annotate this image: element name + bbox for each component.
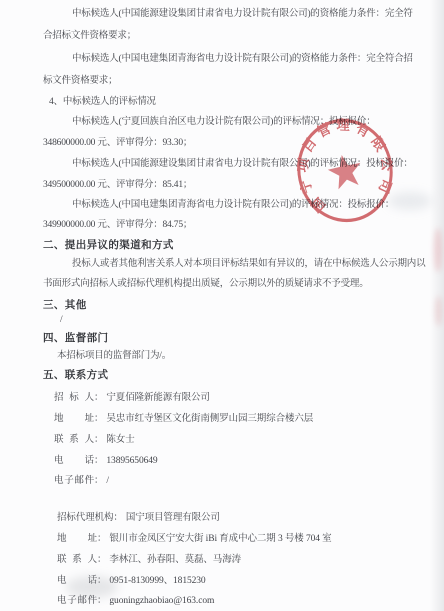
para-evaluation-1-line-2: 348600000.00 元、评审得分：93.30； bbox=[43, 137, 192, 149]
tenderer-address-value: 吴忠市红寺堡区文化街南侧罗山园三期综合楼六层 bbox=[103, 414, 313, 424]
para-evaluation-3-line-1: 中标候选人(中国电建集团青海省电力设计院有限公司)的评标情况：投标报价： bbox=[72, 199, 394, 211]
tenderer-phone-label: 电话 bbox=[54, 452, 94, 466]
agency-name-value: 国宁项目管理有限公司 bbox=[123, 513, 220, 523]
para-qualification-1-line-1: 中标候选人(中国能源建设集团甘肃省电力设计院有限公司)的资格能力条件：完全符 bbox=[72, 8, 413, 20]
colon: ： bbox=[113, 513, 122, 523]
para-qualification-2-line-1: 中标候选人(中国电建集团青海省电力设计院有限公司)的资格能力条件：完全符合招 bbox=[72, 53, 413, 65]
agency-phone-label: 电话 bbox=[57, 572, 97, 586]
agency-address-value: 银川市金凤区宁安大街 iBi 育成中心二期 3 号楼 704 室 bbox=[106, 534, 331, 544]
para-objection-line-1: 投标人或者其他利害关系人对本项目评标结果如有异议的，请在中标候选人公示期内以 bbox=[72, 258, 425, 270]
ink-bleed-smudge bbox=[435, 296, 442, 326]
seal-ring bbox=[290, 112, 401, 229]
item4-subheading: 4、中标候选人的评标情况 bbox=[49, 96, 156, 108]
agency-row-address: 地址：银川市金凤区宁安大街 iBi 育成中心二期 3 号楼 704 室 bbox=[57, 530, 332, 544]
colon: ： bbox=[97, 534, 106, 544]
para-qualification-2-line-2: 标文件资格要求； bbox=[43, 75, 117, 87]
section-heading-supervision: 四、监督部门 bbox=[43, 330, 108, 345]
para-evaluation-2-line-1: 中标候选人(中国能源建设集团甘肃省电力设计院有限公司)的评标情况：投标报价： bbox=[72, 158, 413, 170]
para-qualification-1-line-2: 合招标文件资格要求； bbox=[43, 30, 136, 42]
agency-email-label: 电子邮件 bbox=[57, 592, 97, 606]
agency-phone-value: 0951-8130999、1815230 bbox=[106, 576, 205, 586]
colon: ： bbox=[94, 414, 103, 424]
tenderer-name-value: 宁夏佰隆新能源有限公司 bbox=[103, 393, 209, 403]
scan-edge-shadow bbox=[430, 0, 444, 611]
tenderer-row-email: 电子邮件：/ bbox=[54, 472, 109, 486]
para-other-content: / bbox=[60, 314, 62, 326]
tenderer-address-label: 地址 bbox=[54, 410, 94, 424]
agency-person-label: 联系人 bbox=[57, 551, 97, 565]
agency-row-email: 电子邮件：guoningzhaobiao@163.com bbox=[57, 592, 214, 606]
scan-smudge bbox=[388, 192, 432, 210]
tenderer-row-contact-person: 联系人：陈女士 bbox=[54, 431, 135, 445]
para-supervision-content: 本招标项目的监督部门为/。 bbox=[57, 350, 171, 362]
agency-name-label: 招标代理机构 bbox=[57, 509, 113, 523]
para-objection-line-2: 书面形式向招标人或招标代理机构提出质疑，公示期以外的质疑请求不予受理。 bbox=[43, 278, 369, 290]
tenderer-row-address: 地址：吴忠市红寺堡区文化街南侧罗山园三期综合楼六层 bbox=[54, 410, 313, 424]
section-heading-other: 三、其他 bbox=[43, 297, 87, 312]
tenderer-row-phone: 电话：13895650649 bbox=[54, 452, 158, 466]
agency-row-name: 招标代理机构：国宁项目管理有限公司 bbox=[57, 509, 220, 523]
colon: ： bbox=[94, 435, 103, 445]
tenderer-person-label: 联系人 bbox=[54, 431, 94, 445]
colon: ： bbox=[94, 476, 103, 486]
section-heading-contact: 五、联系方式 bbox=[43, 367, 108, 382]
agency-row-contact-person: 联系人：李林江、孙春阳、莫磊、马海涛 bbox=[57, 551, 241, 565]
tenderer-row-name: 招标人：宁夏佰隆新能源有限公司 bbox=[54, 389, 210, 403]
agency-person-value: 李林江、孙春阳、莫磊、马海涛 bbox=[106, 555, 241, 565]
ink-bleed-smudge bbox=[434, 228, 442, 272]
agency-email-value: guoningzhaobiao@163.com bbox=[106, 596, 214, 606]
para-evaluation-2-line-2: 349500000.00 元、评审得分：85.41； bbox=[43, 179, 192, 191]
section-heading-objection: 二、提出异议的渠道和方式 bbox=[43, 237, 174, 252]
tenderer-name-label: 招标人 bbox=[54, 389, 94, 403]
colon: ： bbox=[94, 393, 103, 403]
colon: ： bbox=[97, 576, 106, 586]
agency-address-label: 地址 bbox=[57, 530, 97, 544]
tenderer-person-value: 陈女士 bbox=[103, 435, 134, 445]
tenderer-email-value: / bbox=[103, 476, 109, 486]
colon: ： bbox=[94, 456, 103, 466]
colon: ： bbox=[97, 596, 106, 606]
agency-row-phone: 电话：0951-8130999、1815230 bbox=[57, 572, 206, 586]
document-page: 中标候选人(中国能源建设集团甘肃省电力设计院有限公司)的资格能力条件：完全符 合… bbox=[0, 0, 444, 611]
para-evaluation-1-line-1: 中标候选人(宁夏回族自治区电力设计院有限公司)的评标情况：投标报价： bbox=[72, 116, 376, 128]
tenderer-email-label: 电子邮件 bbox=[54, 472, 94, 486]
colon: ： bbox=[97, 555, 106, 565]
para-evaluation-3-line-2: 349900000.00 元、评审得分：84.75； bbox=[43, 219, 192, 231]
tenderer-phone-value: 13895650649 bbox=[103, 456, 157, 466]
